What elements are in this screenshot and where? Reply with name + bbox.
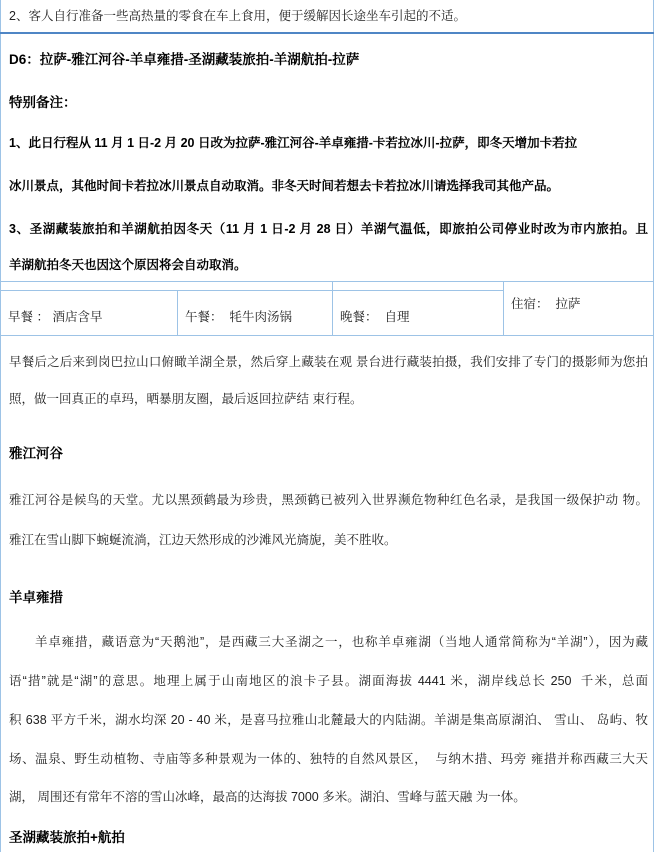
breakfast-cell: 早餐 ： 酒店含早: [8, 309, 102, 326]
meals-table-divider-2: [332, 282, 333, 335]
yajiang-line1: 雅江河谷是候鸟的天堂。尤以黑颈鹤最为珍贵，黑颈鹤已被列入世界濒危物种红色名录，是…: [9, 491, 648, 510]
yajiang-line2: 雅江在雪山脚下蜿蜒流淌，江边天然形成的沙滩风光旖旎，美不胜收。: [9, 531, 648, 550]
note3-line1: 3、圣湖藏装旅拍和羊湖航拍因冬天（11 月 1 日-2 月 28 日）羊湖气温低…: [9, 220, 648, 239]
note1-line2: 冰川景点，其他时间卡若拉冰川景点自动取消。非冬天时间若想去卡若拉冰川请选择我司其…: [9, 177, 648, 196]
yamdrok-line2: 语“措”就是“湖”的意思。地理上属于山南地区的浪卡子县。湖面海拔 4441 米，…: [9, 672, 648, 691]
yamdrok-line5: 湖， 周围还有常年不溶的雪山冰峰，最高的达海拔 7000 多米。湖泊、雪峰与蓝天…: [9, 788, 648, 807]
meals-table-inner-border: [0, 290, 503, 291]
note1-line1: 1、此日行程从 11 月 1 日-2 月 20 日改为拉萨-雅江河谷-羊卓雍措-…: [9, 134, 648, 153]
yamdrok-lake-title: 羊卓雍措: [9, 588, 648, 607]
yamdrok-line1: 羊卓雍措，藏语意为“天鹅池”，是西藏三大圣湖之一，也称羊卓雍湖（当地人通常简称为…: [9, 633, 648, 652]
itinerary-document-page: 2、客人自行准备一些高热量的零食在车上食用，便于缓解因长途坐车引起的不适。 D6…: [0, 0, 654, 852]
yajiang-valley-title: 雅江河谷: [9, 444, 648, 463]
photo-session-title: 圣湖藏装旅拍+航拍: [9, 828, 648, 847]
preparation-note: 2、客人自行准备一些高热量的零食在车上食用，便于缓解因长途坐车引起的不适。: [9, 7, 648, 26]
special-note-label: 特别备注：: [9, 93, 648, 112]
day-description-line1: 早餐后之后来到岗巴拉山口俯瞰羊湖全景，然后穿上藏装在观 景台进行藏装拍摄，我们安…: [9, 353, 648, 372]
day-description-line2: 照，做一回真正的卓玛，晒暴朋友圈，最后返回拉萨结 束行程。: [9, 390, 648, 409]
page-left-border: [0, 0, 1, 852]
dinner-cell: 晚餐： 自理: [340, 309, 409, 326]
lunch-cell: 午餐： 牦牛肉汤锅: [185, 309, 292, 326]
yamdrok-line3: 积 638 平方千米，湖水均深 20 - 40 米，是喜马拉雅山北麓最大的内陆湖…: [9, 711, 648, 730]
yamdrok-line4: 场、温泉、野生动植物、寺庙等多种景观为一体的、独特的自然风景区， 与纳木措、玛旁…: [9, 750, 648, 769]
day-title: D6：拉萨-雅江河谷-羊卓雍措-圣湖藏装旅拍-羊湖航拍-拉萨: [9, 50, 648, 69]
note3-line2: 羊湖航拍冬天也因这个原因将会自动取消。: [9, 256, 648, 275]
lodging-cell: 住宿： 拉萨: [511, 296, 580, 313]
section-divider-rule: [0, 32, 654, 34]
meals-table-divider-1: [177, 290, 178, 335]
meals-table-divider-3: [503, 282, 504, 335]
meals-table: 早餐 ： 酒店含早 午餐： 牦牛肉汤锅 晚餐： 自理 住宿： 拉萨: [0, 281, 654, 336]
